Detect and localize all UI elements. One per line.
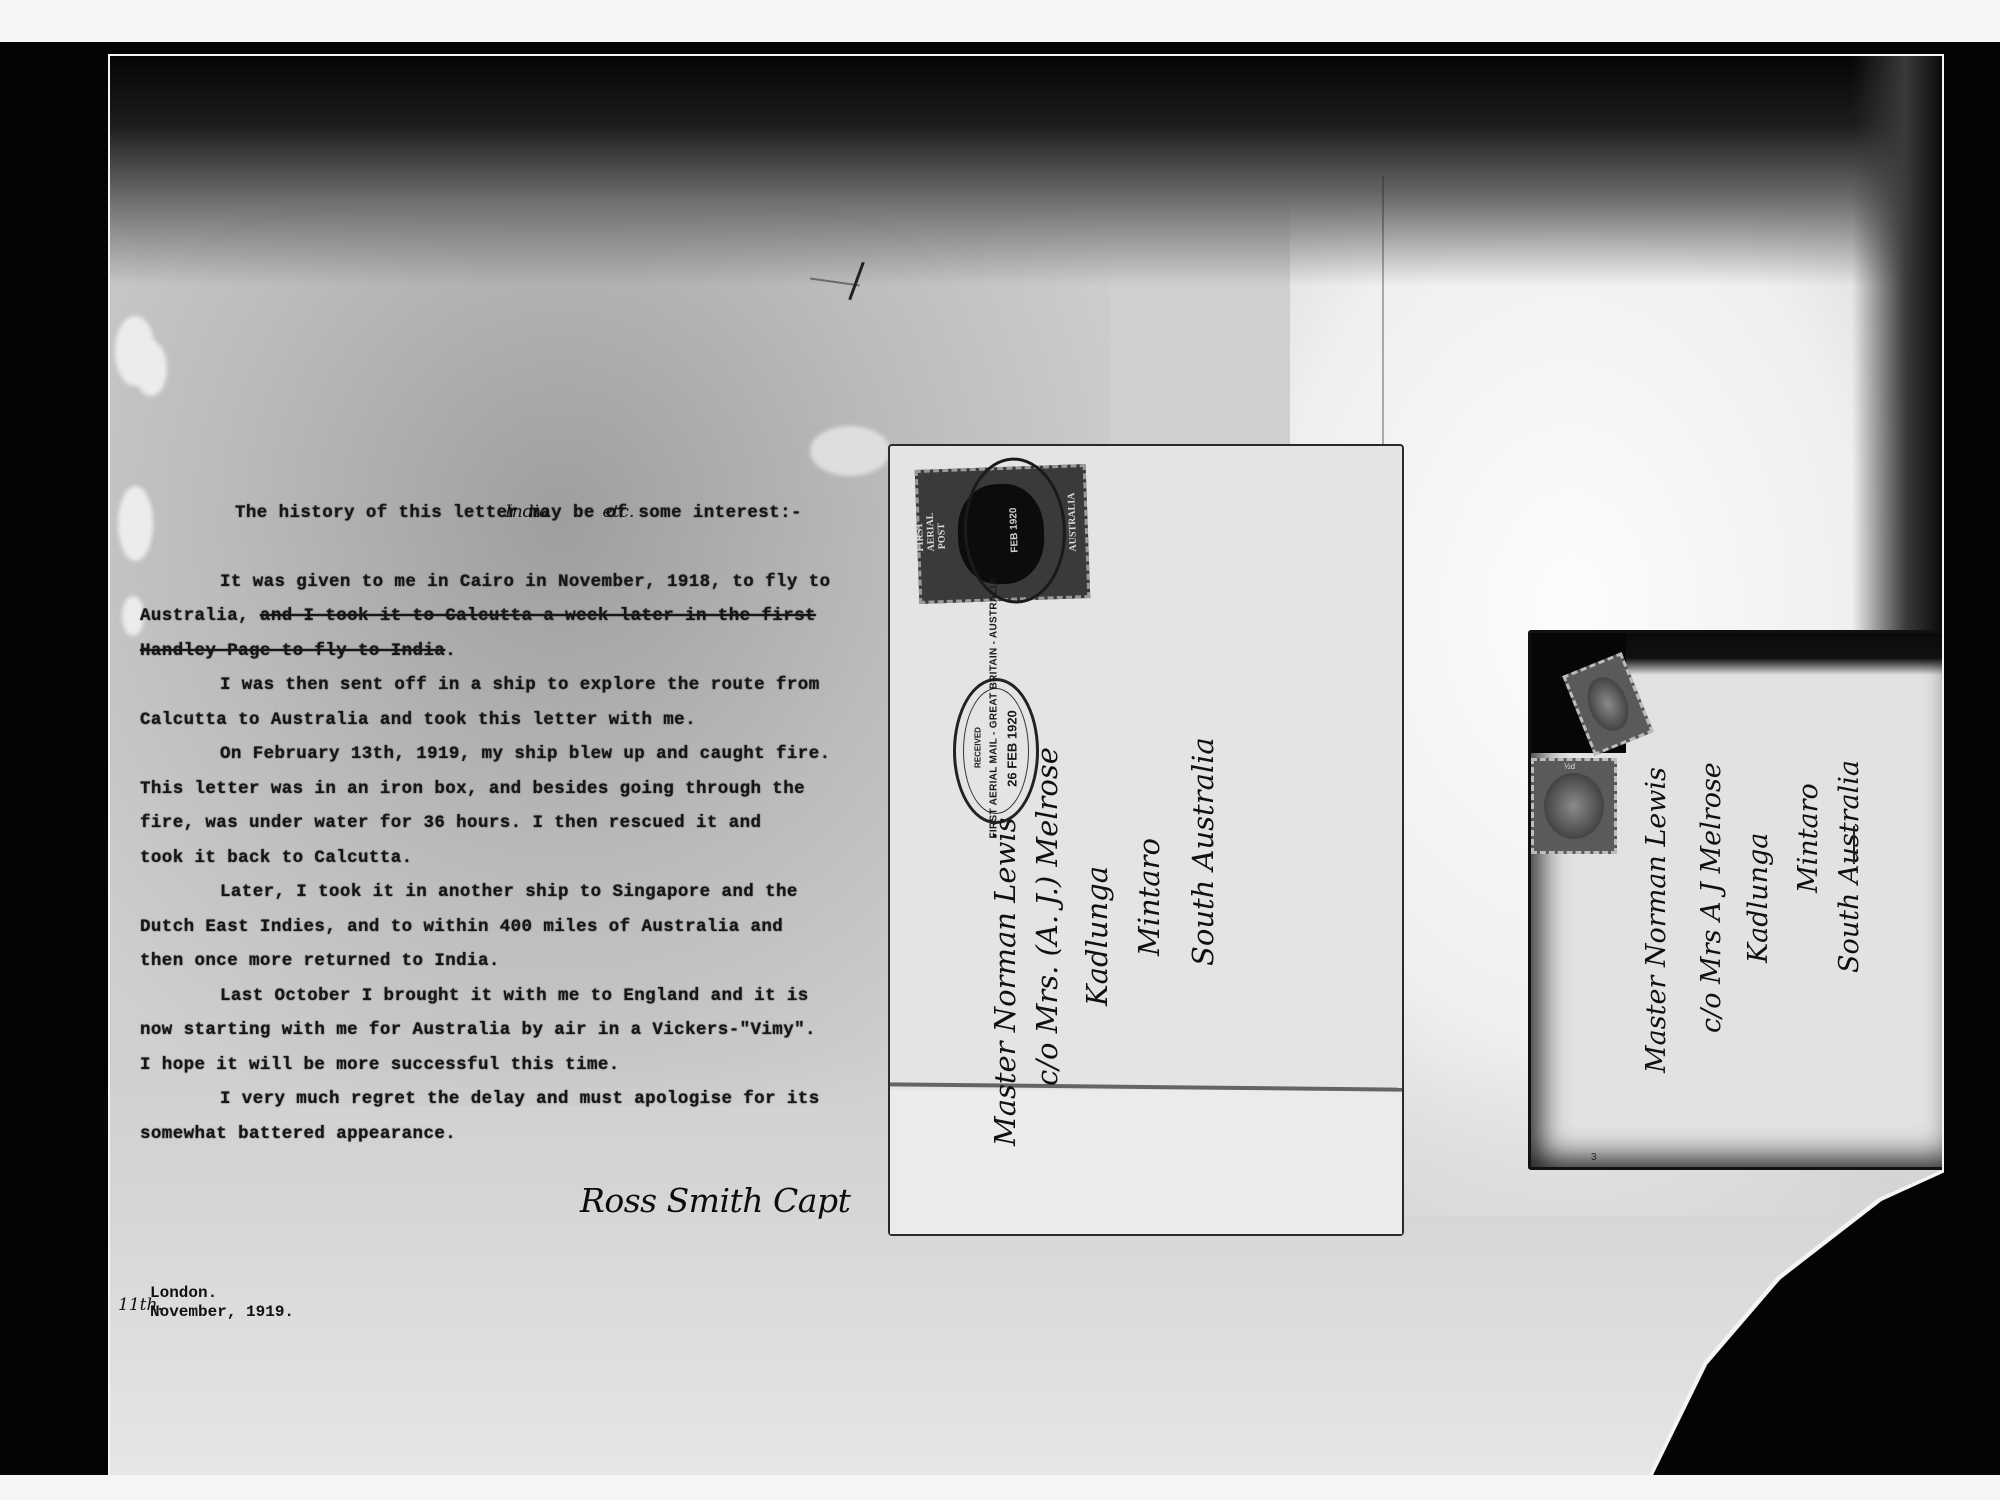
stamp-portrait-icon	[1580, 671, 1636, 737]
address-line: South Australia	[1834, 760, 1865, 973]
insert-word: etc.	[603, 502, 635, 522]
cancellation-mark	[961, 456, 1068, 605]
envelope-flap	[890, 1090, 1402, 1234]
letter-line: took it back to Calcutta.	[140, 841, 880, 876]
letter-line: I was then sent off in a ship to explore…	[140, 668, 880, 703]
address-line: Master Norman Lewis	[988, 817, 1022, 1146]
document-sheet: The history of this letter may be of som…	[110, 56, 1942, 1475]
letter-line: Australia, and I took it to Calcutta a w…	[140, 599, 880, 634]
underline-mark	[1853, 826, 1855, 864]
letter-line: Dutch East Indies, and to within 400 mil…	[140, 910, 880, 945]
light-spot	[810, 426, 890, 476]
place: London.	[150, 1284, 294, 1303]
stamp-text: FIRST AERIAL POST	[914, 521, 948, 552]
letter-text: .	[445, 641, 456, 661]
struck-text: Handley Page to fly to India	[140, 641, 445, 661]
stamp-value: ½d	[1564, 762, 1575, 771]
stamp-country: AUSTRALIA	[1067, 511, 1079, 551]
address-line: Kadlunga	[1743, 833, 1774, 963]
torn-edge-blob	[135, 341, 167, 396]
corner-number: 3	[1591, 1152, 1597, 1163]
first-aerial-post-stamp: FIRST AERIAL POST FEB 1920 AUSTRALIA	[915, 464, 1091, 604]
signature: Ross Smith Capt	[580, 1181, 850, 1220]
address-line: Mintaro	[1132, 838, 1166, 956]
letter-line: It was given to me in Cairo in November,…	[140, 565, 880, 600]
letter-line: Last October I brought it with me to Eng…	[140, 979, 880, 1014]
letter-line: Later, I took it in another ship to Sing…	[140, 875, 880, 910]
insert-word: India	[505, 502, 549, 522]
date-mark: 11th.	[118, 1296, 163, 1315]
letter-line: On February 13th, 1919, my ship blew up …	[140, 737, 880, 772]
postmark-received: RECEIVED	[974, 708, 983, 788]
postmark: FIRST AERIAL MAIL - GREAT BRITAIN - AUST…	[953, 678, 1039, 824]
letter-line: I hope it will be more successful this t…	[140, 1048, 880, 1083]
letter-line: Handley Page to fly to India.	[140, 634, 880, 669]
address-line: c/o Mrs. (A. J.) Melrose	[1030, 747, 1064, 1086]
tone-top	[110, 56, 1942, 286]
address-line: Kadlunga	[1080, 866, 1114, 1006]
postmark-ring-text: FIRST AERIAL MAIL - GREAT BRITAIN - AUST…	[989, 659, 1000, 839]
letter-line: I very much regret the delay and must ap…	[140, 1082, 880, 1117]
pen-mark	[848, 262, 864, 301]
letter-line: This letter was in an iron box, and besi…	[140, 772, 880, 807]
address-line: Master Norman Lewis	[1641, 767, 1672, 1073]
letter-line: then once more returned to India.	[140, 944, 880, 979]
fold-line	[1382, 176, 1384, 476]
struck-text: and I took it to Calcutta a week later i…	[260, 606, 816, 626]
stamp-portrait-icon	[1544, 773, 1604, 839]
envelope-aerial-post: FIRST AERIAL POST FEB 1920 AUSTRALIA FIR…	[888, 444, 1404, 1236]
letter-line: fire, was under water for 36 hours. I th…	[140, 806, 880, 841]
postage-stamp: ½d	[1531, 758, 1617, 854]
letter-line: now starting with me for Australia by ai…	[140, 1013, 880, 1048]
crease-mark	[810, 278, 860, 287]
handwritten-insert: India etc.	[505, 502, 682, 522]
address-line: South Australia	[1186, 737, 1220, 966]
postmark-date: 26 FEB 1920	[1005, 699, 1020, 799]
typed-letter: The history of this letter may be of som…	[140, 496, 880, 1151]
letter-text: Australia,	[140, 606, 260, 626]
envelope-damaged: ½d Master Norman Lewis c/o Mrs A J Melro…	[1528, 630, 1942, 1170]
letter-line: somewhat battered appearance.	[140, 1117, 880, 1152]
address-line: Mintaro	[1793, 783, 1824, 893]
letter-line: Calcutta to Australia and took this lett…	[140, 703, 880, 738]
place-and-date: 11th. London. November, 1919.	[150, 1284, 294, 1322]
date: November, 1919.	[150, 1303, 294, 1322]
address-line: c/o Mrs A J Melrose	[1696, 762, 1727, 1033]
